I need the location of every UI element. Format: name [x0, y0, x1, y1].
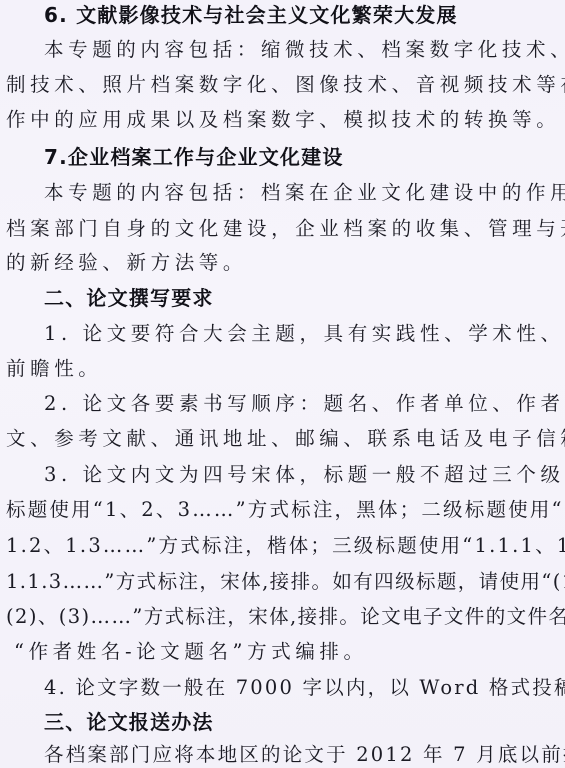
section-heading-7: 7.企业档案工作与企业文化建设	[44, 145, 344, 169]
list-item-line: (2)、(3)……”方式标注，宋体,接排。论文电子文件的文件名以	[6, 605, 565, 629]
paragraph-line: 各档案部门应将本地区的论文于 2012 年 7 月底以前报送宁	[44, 743, 565, 767]
paragraph-line: 本专题的内容包括：缩微技术、档案数字化技术、仿真复	[44, 38, 565, 62]
list-item-line: 4. 论文字数一般在 7000 字以内，以 Word 格式投稿。	[44, 676, 565, 700]
section-heading-writing-requirements: 二、论文撰写要求	[44, 286, 214, 310]
list-item-line: 文、参考文献、通讯地址、邮编、联系电话及电子信箱。	[6, 427, 565, 451]
paragraph-line: 本专题的内容包括：档案在企业文化建设中的作用，企业	[44, 181, 565, 205]
section-heading-submission: 三、论文报送办法	[44, 710, 214, 734]
list-item-line: 1.2、1.3……”方式标注，楷体；三级标题使用“1.1.1、1.1.2、	[6, 534, 565, 558]
list-item-line: 2. 论文各要素书写顺序：题名、作者单位、作者姓名、正	[44, 392, 565, 416]
list-item-line: 3. 论文内文为四号宋体，标题一般不超过三个级次，一级	[44, 463, 565, 487]
paragraph-line: 档案部门自身的文化建设，企业档案的收集、管理与开发利用	[6, 217, 565, 241]
scanned-document-page: 6. 文献影像技术与社会主义文化繁荣大发展 本专题的内容包括：缩微技术、档案数字…	[0, 0, 565, 768]
list-item-line: 标题使用“1、2、3……”方式标注，黑体；二级标题使用“1.1、	[6, 498, 565, 522]
list-item-line: 1. 论文要符合大会主题，具有实践性、学术性、创新性和	[44, 322, 565, 346]
paragraph-line: 作中的应用成果以及档案数字、模拟技术的转换等。	[6, 108, 560, 132]
section-heading-6: 6. 文献影像技术与社会主义文化繁荣大发展	[44, 3, 458, 27]
paragraph-line: 的新经验、新方法等。	[6, 251, 247, 275]
list-item-line: 1.1.3……”方式标注，宋体,接排。如有四级标题，请使用“(1)、	[6, 570, 565, 594]
list-item-line: 前瞻性。	[6, 357, 102, 381]
list-item-line: “作者姓名-论文题名”方式编排。	[14, 640, 368, 664]
paragraph-line: 制技术、照片档案数字化、图像技术、音视频技术等在档案工	[6, 73, 565, 97]
